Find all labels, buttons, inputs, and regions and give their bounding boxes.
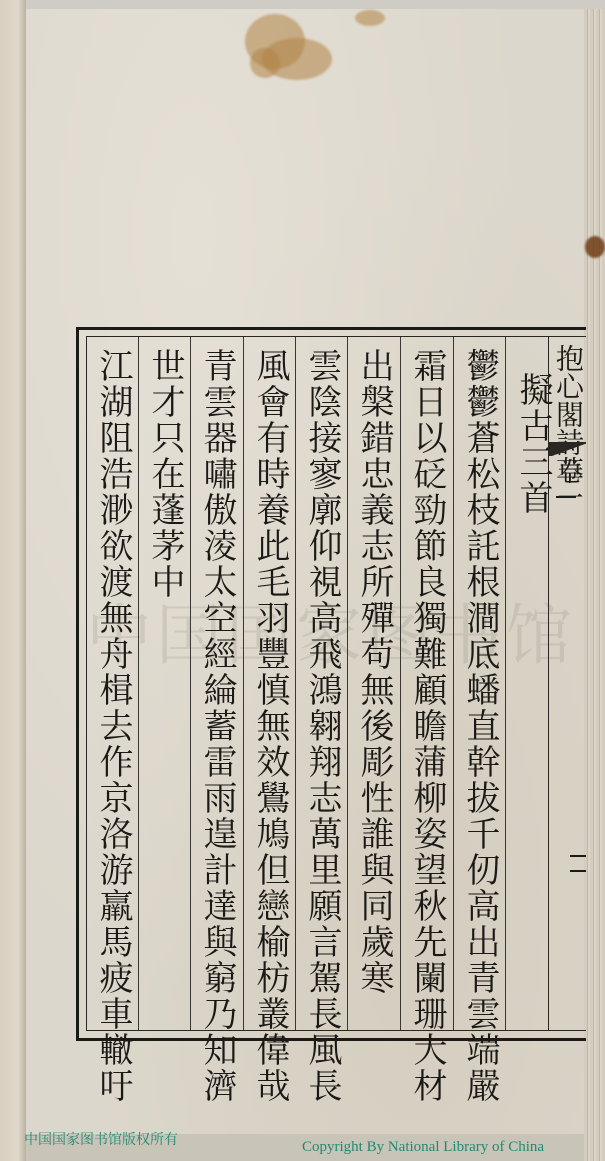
verse-column-8: 江湖阻浩渺欲渡無舟楫去作京洛游羸馬疲車轍吁 [88, 348, 138, 1104]
water-stain [250, 48, 280, 78]
left-page-edge [0, 0, 26, 1161]
verse-column-6: 青雲器嘯傲淩太空經綸蓄雷雨遑計達與窮乃知濟 [192, 348, 242, 1104]
verse-column-1: 鬱鬱蒼松枝託根澗底蟠直幹拔千仞高出青雲端嚴 [455, 348, 505, 1104]
column-rule [138, 337, 139, 1030]
copyright-english: Copyright By National Library of China [302, 1139, 544, 1156]
water-stain [355, 10, 385, 26]
column-rule [453, 337, 454, 1030]
fishtail-mark [548, 442, 586, 456]
column-rule [505, 337, 506, 1030]
column-rule [295, 337, 296, 1030]
stacked-page-edges [584, 9, 605, 1161]
banxin-rule [556, 496, 576, 498]
scan-top-edge [0, 0, 605, 9]
column-rule [347, 337, 348, 1030]
verse-column-4: 雲陰接寥廓仰視高飛鴻翱翔志萬里願言駕長風長 [297, 348, 347, 1104]
verse-column-7: 世才只在蓬茅中 [140, 348, 190, 600]
verse-column-5: 風會有時養此毛羽豐慎無效鷽鳩但戀榆枋叢偉哉 [245, 348, 295, 1104]
banxin-volume: 卷一 [553, 458, 583, 510]
verse-column-3: 出槃錯忠義志所殫苟無後彫性誰與同歲寒 [349, 348, 399, 996]
ink-stain [585, 236, 605, 258]
column-rule [400, 337, 401, 1030]
verse-column-2: 霜日以砭勁節良獨難顧瞻蒲柳姿望秋先闌珊大材 [402, 348, 452, 1104]
copyright-chinese: 中国国家图书馆版权所有 [24, 1129, 178, 1149]
banxin-page-number [570, 855, 586, 857]
column-rule [243, 337, 244, 1030]
column-rule [190, 337, 191, 1030]
